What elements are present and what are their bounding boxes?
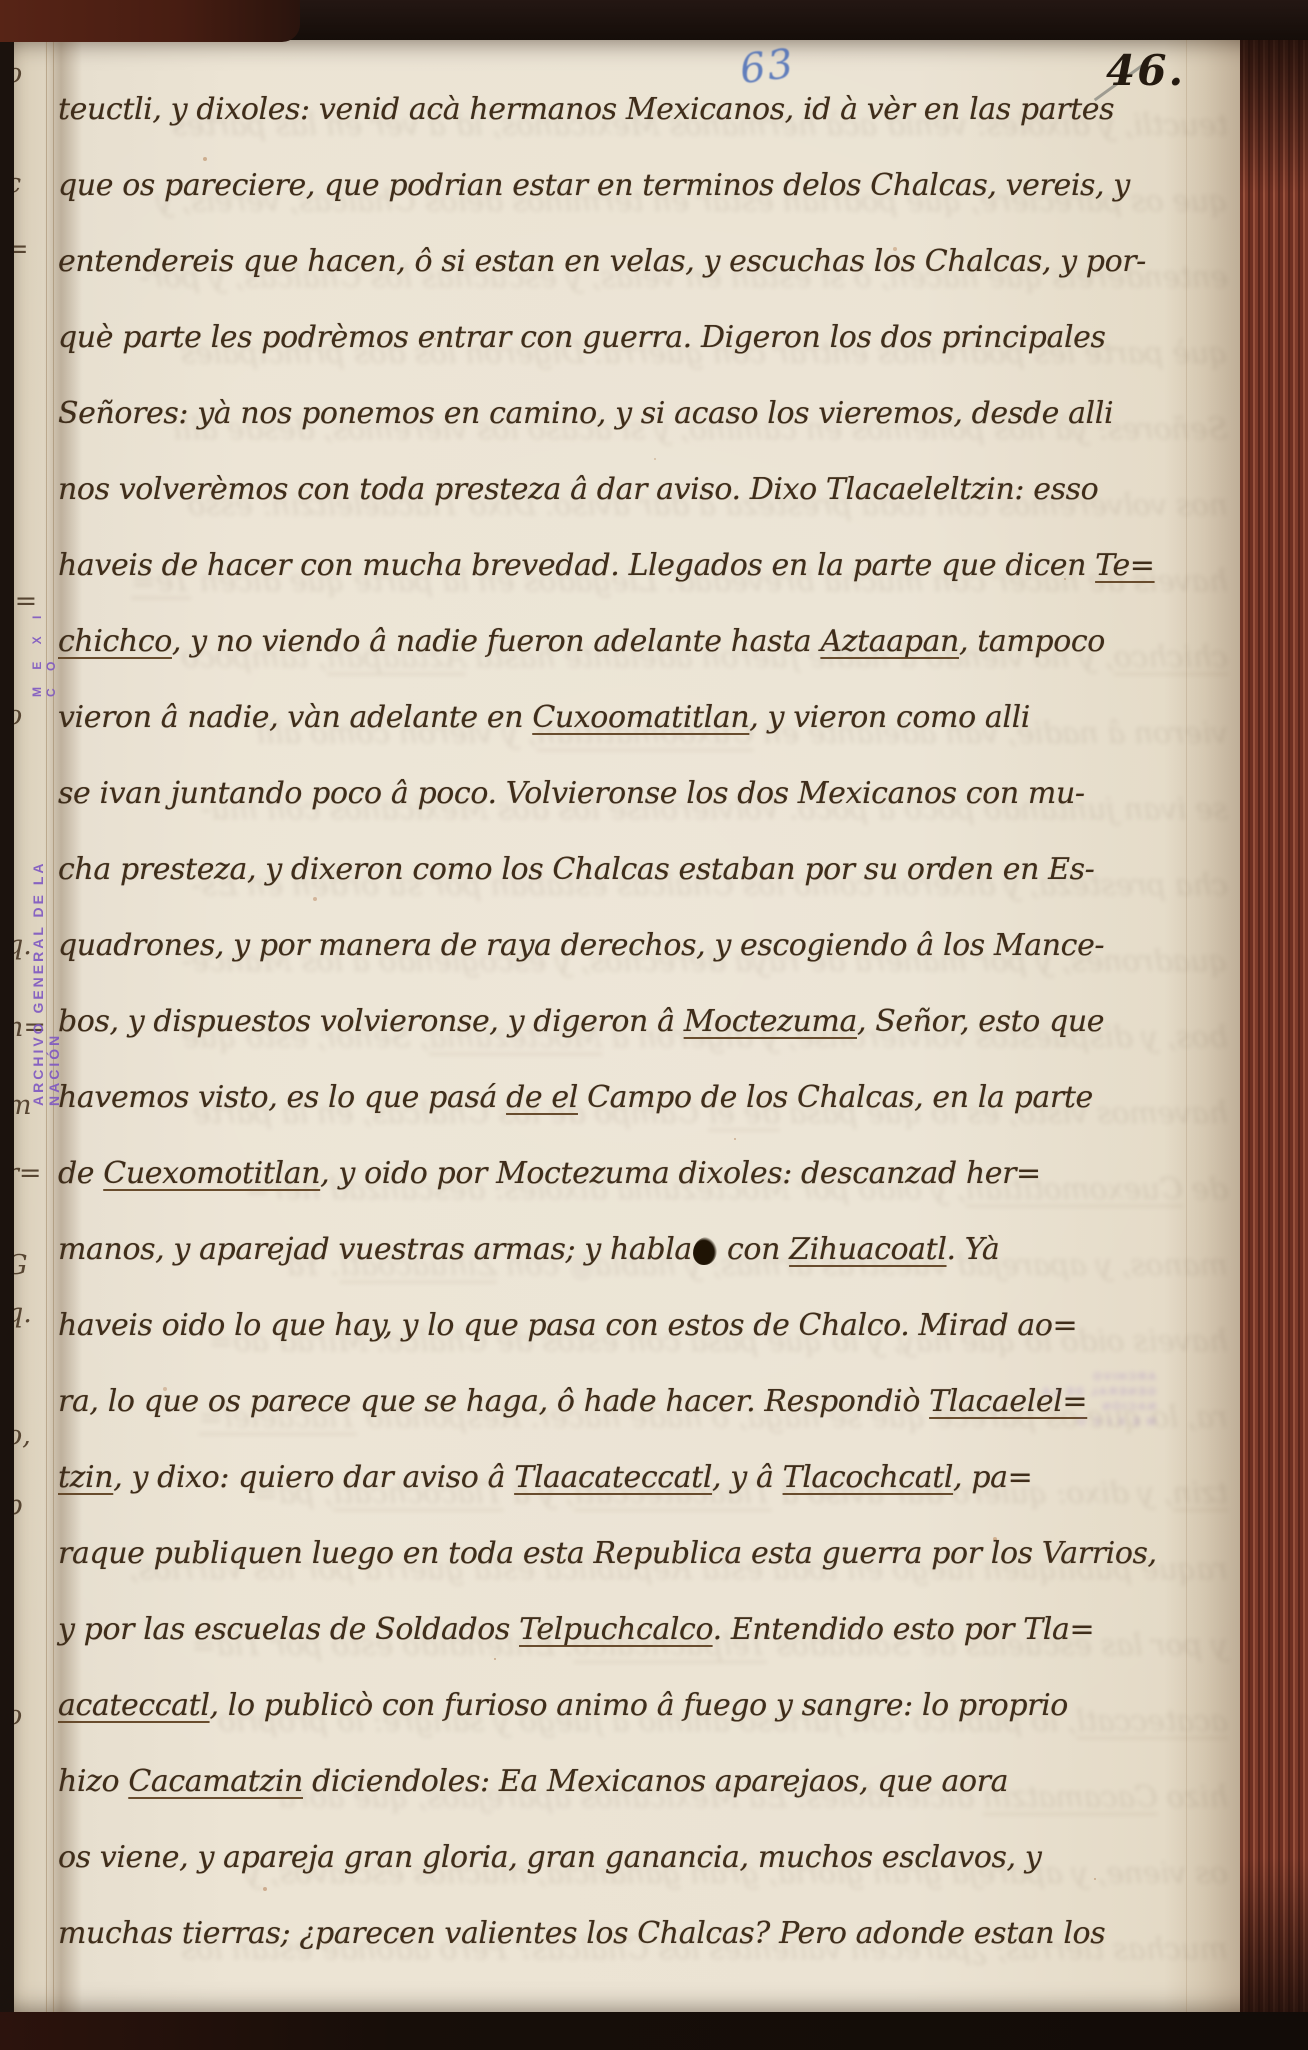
facing-page-fragment: o: [14, 700, 22, 731]
manuscript-line: y por las escuelas de Soldados Telpuchca…: [58, 1592, 1228, 1668]
manuscript-text: y por las escuelas de Soldados: [58, 1612, 519, 1647]
manuscript-line: se ivan juntando poco â poco. Volvierons…: [58, 756, 1228, 832]
facing-page-fragment: b: [14, 1490, 23, 1521]
manuscript-text: Moctezuma: [684, 1004, 857, 1039]
binding-leather-corner: [0, 0, 300, 42]
manuscript-text: Aztaapan: [820, 624, 959, 659]
manuscript-text: quadrones, y por manera de raya derechos…: [58, 928, 1104, 963]
text-block: teuctli, y dixoles: venid acà hermanos M…: [58, 72, 1228, 1972]
manuscript-line: vieron â nadie, vàn adelante en Cuxoomat…: [58, 680, 1228, 756]
manuscript-text: , y oido por Moctezuma dixoles: descanza…: [320, 1156, 1041, 1191]
facing-page-fragment: r=: [14, 1158, 42, 1189]
manuscript-text: cha presteza, y dixeron como los Chalcas…: [58, 852, 1094, 887]
archive-stamp: ARCHIVO GENERAL DE LA NACIÓN M E X I C O: [30, 586, 62, 1106]
manuscript-line: hizo Cacamatzin diciendoles: Ea Mexicano…: [58, 1744, 1228, 1820]
manuscript-line: muchas tierras; ¿parecen valientes los C…: [58, 1896, 1228, 1972]
manuscript-text: Cuexomotitlan: [103, 1156, 320, 1191]
manuscript-line: chichco, y no viendo â nadie fueron adel…: [58, 604, 1228, 680]
page-number: 46.: [1106, 46, 1185, 95]
facing-page-fragment: o,: [14, 1420, 31, 1451]
facing-page-fragment: =: [14, 234, 29, 265]
facing-page-fragment: q.: [14, 1298, 32, 1329]
manuscript-text: , Señor, esto que: [857, 1004, 1104, 1039]
manuscript-text: vieron â nadie, vàn adelante en: [58, 700, 532, 735]
folio-pencil-number: 63: [737, 41, 797, 93]
manuscript-text: ra, lo que os parece que se haga, ô hade…: [58, 1384, 929, 1419]
facing-page-fragment: G: [14, 1250, 28, 1281]
manuscript-text: , lo publicò con furioso animo â fuego y…: [210, 1688, 1068, 1723]
manuscript-text: , y â: [712, 1460, 783, 1495]
manuscript-text: , y vieron como alli: [749, 700, 1030, 735]
manuscript-text: Campo de los Chalcas, en la parte: [578, 1080, 1093, 1115]
manuscript-text: chichco: [58, 624, 172, 659]
manuscript-text: os viene, y apareja gran gloria, gran ga…: [58, 1840, 1041, 1875]
manuscript-line: de Cuexomotitlan, y oido por Moctezuma d…: [58, 1136, 1228, 1212]
manuscript-text: , y no viendo â nadie fueron adelante ha…: [172, 624, 821, 659]
manuscript-line: bos, y dispuestos volvieronse, y digeron…: [58, 984, 1228, 1060]
manuscript-photo: teuctli, y dixoles: venid acà hermanos M…: [0, 0, 1308, 2050]
manuscript-text: . Yà: [947, 1232, 1000, 1267]
facing-page-fragment: c: [14, 168, 21, 199]
manuscript-text: de: [58, 1156, 103, 1191]
manuscript-text: què parte les podrèmos entrar con guerra…: [58, 320, 1106, 355]
manuscript-text: , pa=: [953, 1460, 1032, 1495]
manuscript-text: raque publiquen luego en toda esta Repub…: [58, 1536, 1157, 1571]
facing-page-fragment: o: [14, 58, 22, 89]
manuscript-line: havemos visto, es lo que pasá de el Camp…: [58, 1060, 1228, 1136]
manuscript-text: entendereis que hacen, ô si estan en vel…: [58, 244, 1146, 279]
manuscript-text: de el: [506, 1080, 578, 1115]
manuscript-text: muchas tierras; ¿parecen valientes los C…: [58, 1916, 1105, 1951]
manuscript-text: se ivan juntando poco â poco. Volvierons…: [58, 776, 1085, 811]
ink-blot: [693, 1237, 717, 1265]
stamp-showthrough: ARCHIVO GENERAL DE LA NACIÓN M E X I C O: [1036, 1370, 1156, 1430]
manuscript-text: Cacamatzin: [128, 1764, 303, 1799]
manuscript-text: Cuxoomatitlan: [532, 700, 749, 735]
manuscript-line: que os pareciere, que podrian estar en t…: [58, 148, 1228, 224]
manuscript-line: manos, y aparejad vuestras armas; y habl…: [58, 1212, 1228, 1288]
manuscript-text: havemos visto, es lo que pasá: [58, 1080, 506, 1115]
manuscript-text: haveis oido lo que hay, y lo que pasa co…: [58, 1308, 1077, 1343]
manuscript-text: nos volverèmos con toda presteza â dar a…: [58, 472, 1098, 507]
manuscript-text: manos, y aparejad vuestras armas; y habl…: [58, 1232, 692, 1267]
stamp-showthrough-line2: M E X I C O: [1036, 1415, 1156, 1430]
manuscript-text: acateccatl: [58, 1688, 210, 1723]
manuscript-line: acateccatl, lo publicò con furioso animo…: [58, 1668, 1228, 1744]
manuscript-line: teuctli, y dixoles: venid acà hermanos M…: [58, 72, 1228, 148]
manuscript-text: hizo: [58, 1764, 128, 1799]
manuscript-line: os viene, y apareja gran gloria, gran ga…: [58, 1820, 1228, 1896]
archive-stamp-line2: M E X I C O: [30, 586, 62, 847]
stamp-showthrough-line1: ARCHIVO GENERAL DE LA NACIÓN: [1036, 1370, 1156, 1415]
manuscript-text: Zihuacoatl: [789, 1232, 946, 1267]
manuscript-line: raque publiquen luego en toda esta Repub…: [58, 1516, 1228, 1592]
manuscript-line: cha presteza, y dixeron como los Chalcas…: [58, 832, 1228, 908]
manuscript-text: tzin: [58, 1460, 113, 1495]
manuscript-text: con: [718, 1232, 789, 1267]
archive-stamp-line1: ARCHIVO GENERAL DE LA NACIÓN: [30, 850, 62, 1106]
manuscript-page: teuctli, y dixoles: venid acà hermanos M…: [14, 38, 1254, 2014]
manuscript-text: Tlaacateccatl: [514, 1460, 712, 1495]
manuscript-line: haveis oido lo que hay, y lo que pasa co…: [58, 1288, 1228, 1364]
manuscript-text: , tampoco: [959, 624, 1105, 659]
manuscript-line: quadrones, y por manera de raya derechos…: [58, 908, 1228, 984]
facing-page-fragment: o: [14, 1700, 22, 1731]
manuscript-line: entendereis que hacen, ô si estan en vel…: [58, 224, 1228, 300]
manuscript-text: Telpuchcalco: [519, 1612, 713, 1647]
manuscript-text: que os pareciere, que podrian estar en t…: [58, 168, 1130, 203]
binding-edge-bottom: [0, 2012, 1308, 2050]
manuscript-text: Señores: yà nos ponemos en camino, y si …: [58, 396, 1113, 431]
manuscript-text: Te=: [1095, 548, 1154, 583]
manuscript-text: diciendoles: Ea Mexicanos aparejaos, que…: [303, 1764, 1008, 1799]
manuscript-line: haveis de hacer con mucha brevedad. Lleg…: [58, 528, 1228, 604]
manuscript-line: Señores: yà nos ponemos en camino, y si …: [58, 376, 1228, 452]
manuscript-text: haveis de hacer con mucha brevedad. Lleg…: [58, 548, 1095, 583]
manuscript-text: , y dixo: quiero dar aviso â: [113, 1460, 514, 1495]
book-fore-edge: [1240, 36, 1308, 2016]
manuscript-line: què parte les podrèmos entrar con guerra…: [58, 300, 1228, 376]
manuscript-line: nos volverèmos con toda presteza â dar a…: [58, 452, 1228, 528]
manuscript-text: . Entendido esto por Tla=: [713, 1612, 1095, 1647]
manuscript-text: bos, y dispuestos volvieronse, y digeron…: [58, 1004, 684, 1039]
manuscript-line: tzin, y dixo: quiero dar aviso â Tlaacat…: [58, 1440, 1228, 1516]
manuscript-text: Tlacochcatl: [783, 1460, 953, 1495]
facing-page-fragment: m: [14, 1090, 32, 1121]
manuscript-text: teuctli, y dixoles: venid acà hermanos M…: [58, 92, 1114, 127]
